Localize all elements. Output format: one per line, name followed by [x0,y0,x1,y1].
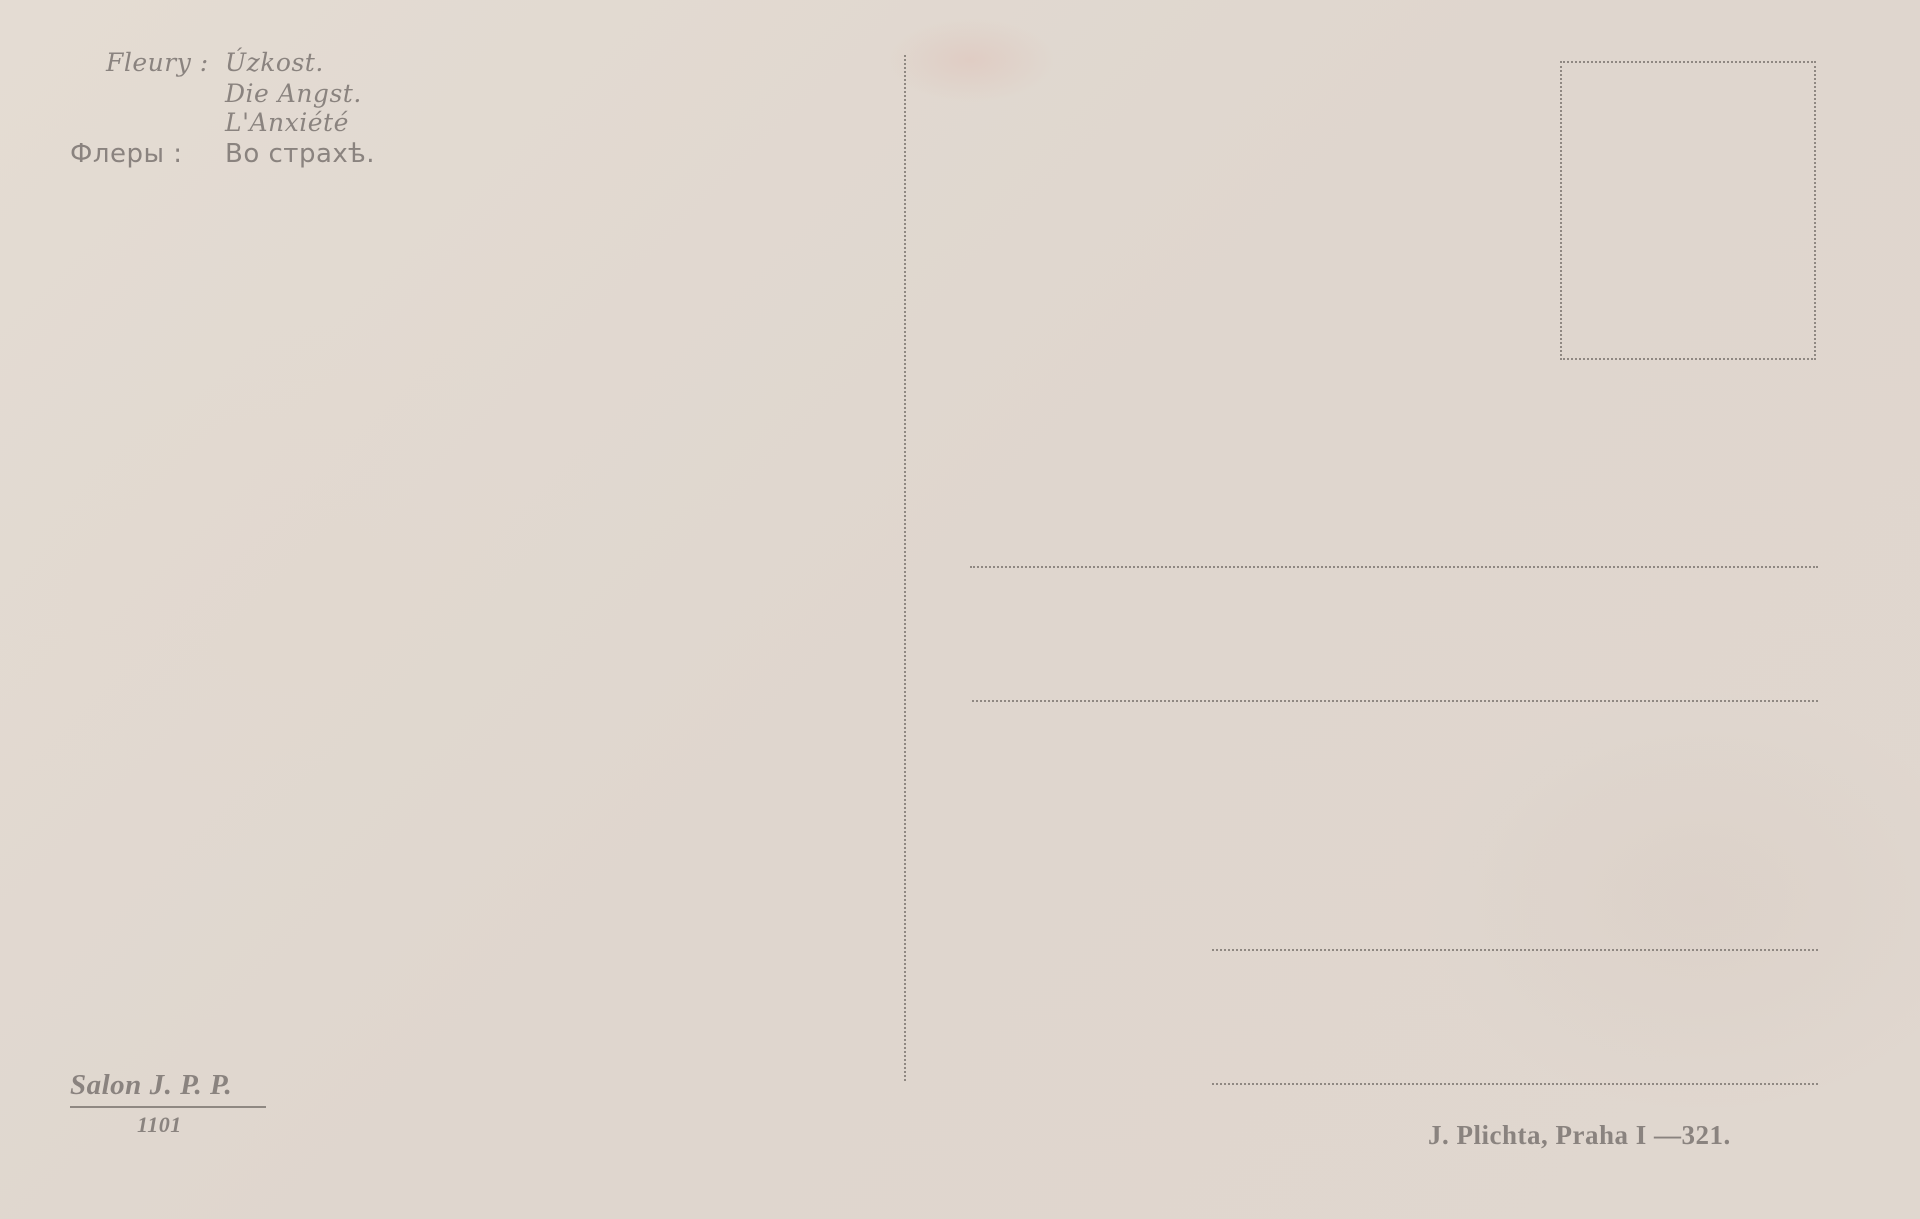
card-number: 1101 [137,1114,182,1136]
artist-name-latin: Fleury : [106,50,209,75]
address-line-3 [1212,949,1818,951]
address-line-1 [970,566,1818,568]
stamp-box [1560,61,1816,360]
address-line-2 [972,700,1818,702]
address-line-4 [1212,1083,1818,1085]
publisher-series: Salon J. P. P. [70,1071,232,1100]
center-divider [904,55,906,1081]
publisher-underline [70,1106,266,1108]
printer-imprint: J. Plichta, Praha I —321. [1428,1122,1731,1149]
title-czech: Úzkost. [225,50,324,75]
artist-name-cyrillic: Флеры : [70,141,183,167]
title-russian: Во страхѣ. [225,141,375,167]
title-french: L'Anxiété [225,110,349,135]
title-german: Die Angst. [225,81,362,106]
